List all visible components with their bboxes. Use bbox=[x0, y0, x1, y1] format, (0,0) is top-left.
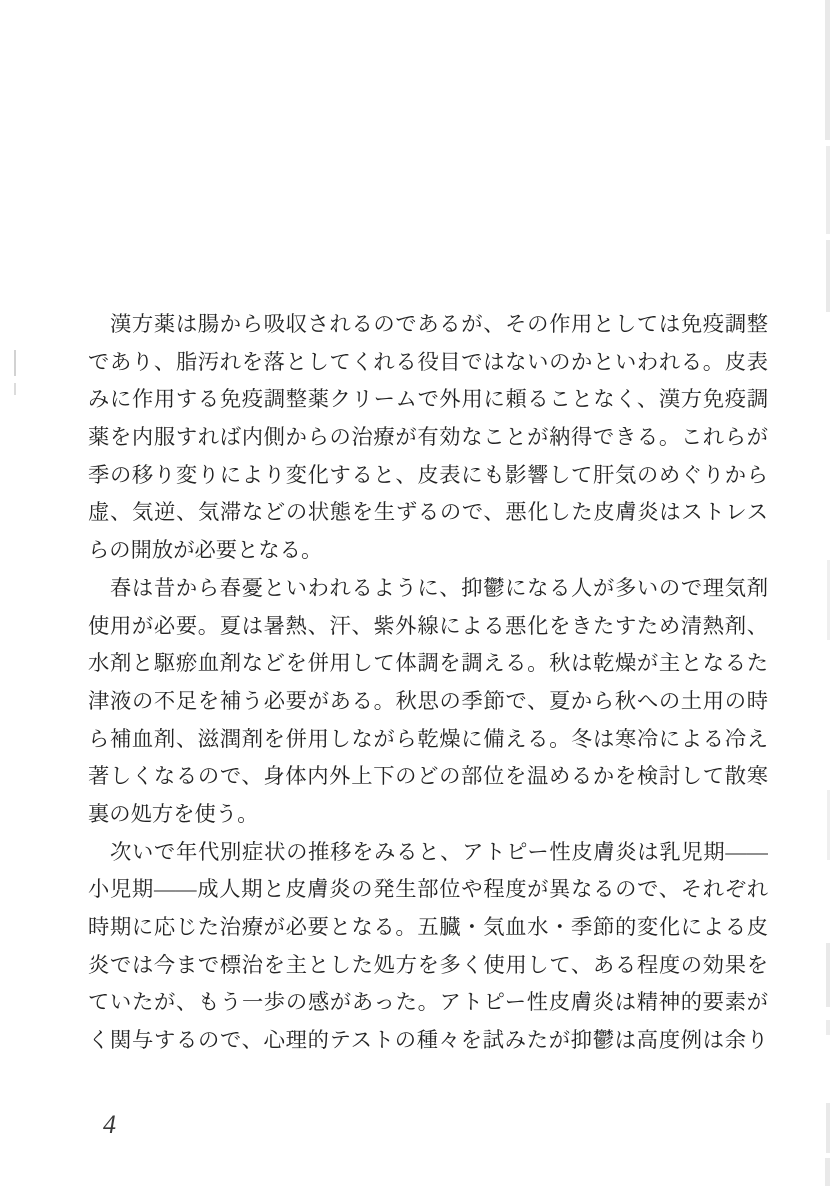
scan-artifact-left-mark bbox=[14, 383, 16, 395]
text-line: 炎では今まで標治を主とした処方を多く使用して、ある程度の効果をみ bbox=[88, 947, 768, 985]
text-line: 裏の処方を使う。 bbox=[88, 796, 768, 834]
text-line: 小児期——成人期と皮膚炎の発生部位や程度が異なるので、それぞれの bbox=[88, 871, 768, 909]
text-line: みに作用する免疫調整薬クリームで外用に頼ることなく、漢方免疫調整 bbox=[88, 381, 768, 419]
text-line: ていたが、もう一歩の感があった。アトピー性皮膚炎は精神的要素が強 bbox=[88, 984, 768, 1022]
page-edge-shadow bbox=[826, 1103, 830, 1153]
page-edge-shadow bbox=[826, 240, 830, 312]
paragraph-kampo-absorption: 漢方薬は腸から吸収されるのであるが、その作用としては免疫調整薬であり、脂汚れを落… bbox=[88, 306, 768, 570]
text-line: 水剤と駆瘀血剤などを併用して体調を調える。秋は乾燥が主となるため bbox=[88, 645, 768, 683]
text-line: 津液の不足を補う必要がある。秋思の季節で、夏から秋への土用の時か bbox=[88, 683, 768, 721]
page-edge-shadow bbox=[826, 1020, 830, 1035]
page-edge-shadow bbox=[825, 1158, 830, 1186]
scanned-book-page: 漢方薬は腸から吸収されるのであるが、その作用としては免疫調整薬であり、脂汚れを落… bbox=[0, 0, 830, 1186]
text-line: 虚、気逆、気滞などの状態を生ずるので、悪化した皮膚炎はストレスか bbox=[88, 494, 768, 532]
paragraph-age-related-symptoms: 次いで年代別症状の推移をみると、アトピー性皮膚炎は乳児期——幼小児期——成人期と… bbox=[88, 834, 768, 1060]
page-edge-shadow bbox=[826, 146, 830, 234]
page-number: 4 bbox=[103, 1110, 116, 1140]
text-line: ら補血剤、滋潤剤を併用しながら乾燥に備える。冬は寒冷による冷えが bbox=[88, 721, 768, 759]
text-line: であり、脂汚れを落としてくれる役目ではないのかといわれる。皮表の bbox=[88, 344, 768, 382]
scan-artifact-left-mark bbox=[14, 350, 16, 376]
text-line: らの開放が必要となる。 bbox=[88, 532, 768, 570]
text-line: 次いで年代別症状の推移をみると、アトピー性皮膚炎は乳児期——幼 bbox=[88, 834, 768, 872]
text-line: 使用が必要。夏は暑熱、汗、紫外線による悪化をきたすため清熱剤、利 bbox=[88, 608, 768, 646]
page-edge-shadow bbox=[825, 0, 830, 140]
text-line: 薬を内服すれば内側からの治療が有効なことが納得できる。これらが四 bbox=[88, 419, 768, 457]
text-line: 春は昔から春憂といわれるように、抑鬱になる人が多いので理気剤の bbox=[88, 570, 768, 608]
text-line: 季の移り変りにより変化すると、皮表にも影響して肝気のめぐりから気 bbox=[88, 457, 768, 495]
body-text: 漢方薬は腸から吸収されるのであるが、その作用としては免疫調整薬であり、脂汚れを落… bbox=[88, 306, 768, 1060]
page-edge-shadow bbox=[826, 943, 830, 1007]
text-line: 漢方薬は腸から吸収されるのであるが、その作用としては免疫調整薬 bbox=[88, 306, 768, 344]
paragraph-seasonal-treatment: 春は昔から春憂といわれるように、抑鬱になる人が多いので理気剤の使用が必要。夏は暑… bbox=[88, 570, 768, 834]
text-line: く関与するので、心理的テストの種々を試みたが抑鬱は高度例は余りな bbox=[88, 1022, 768, 1060]
text-line: 時期に応じた治療が必要となる。五臓・気血水・季節的変化による皮膚 bbox=[88, 909, 768, 947]
text-line: 著しくなるので、身体内外上下のどの部位を温めるかを検討して散寒温 bbox=[88, 758, 768, 796]
